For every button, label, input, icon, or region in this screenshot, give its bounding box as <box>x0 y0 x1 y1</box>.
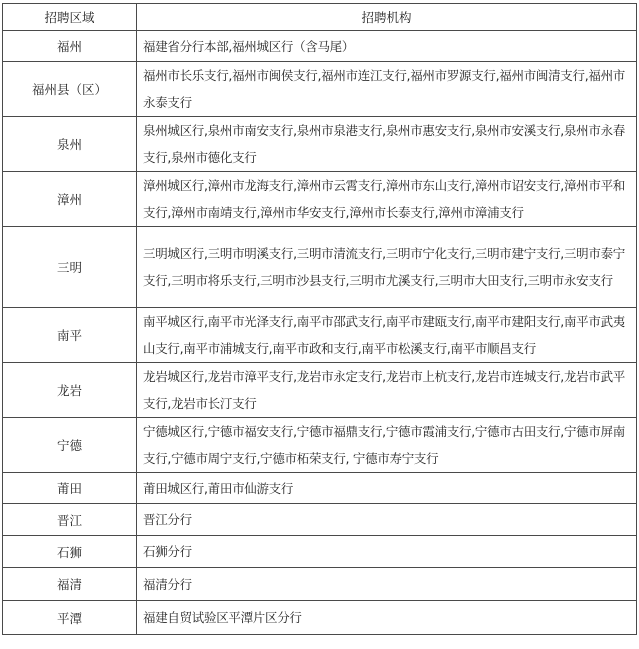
institutions-cell: 石狮分行 <box>137 536 637 568</box>
region-cell: 平潭 <box>3 601 137 635</box>
table-row: 莆田 莆田城区行,莆田市仙游支行 <box>3 473 637 504</box>
region-cell: 晋江 <box>3 504 137 536</box>
institutions-cell: 漳州城区行,漳州市龙海支行,漳州市云霄支行,漳州市东山支行,漳州市诏安支行,漳州… <box>137 172 637 227</box>
table-row: 福州 福建省分行本部,福州城区行（含马尾） <box>3 31 637 62</box>
region-cell: 福清 <box>3 568 137 601</box>
region-cell: 漳州 <box>3 172 137 227</box>
region-cell: 三明 <box>3 227 137 308</box>
institutions-cell: 福建自贸试验区平潭片区分行 <box>137 601 637 635</box>
table-row: 福州县（区） 福州市长乐支行,福州市闽侯支行,福州市连江支行,福州市罗源支行,福… <box>3 62 637 117</box>
institutions-cell: 福清分行 <box>137 568 637 601</box>
region-cell: 龙岩 <box>3 363 137 418</box>
table-row: 龙岩 龙岩城区行,龙岩市漳平支行,龙岩市永定支行,龙岩市上杭支行,龙岩市连城支行… <box>3 363 637 418</box>
table-row: 漳州 漳州城区行,漳州市龙海支行,漳州市云霄支行,漳州市东山支行,漳州市诏安支行… <box>3 172 637 227</box>
region-cell: 莆田 <box>3 473 137 504</box>
header-region: 招聘区域 <box>3 4 137 31</box>
region-cell: 宁德 <box>3 418 137 473</box>
institutions-cell: 三明城区行,三明市明溪支行,三明市清流支行,三明市宁化支行,三明市建宁支行,三明… <box>137 227 637 308</box>
header-row: 招聘区域 招聘机构 <box>3 4 637 31</box>
table-row: 福清 福清分行 <box>3 568 637 601</box>
table-row: 南平 南平城区行,南平市光泽支行,南平市邵武支行,南平市建瓯支行,南平市建阳支行… <box>3 308 637 363</box>
institutions-cell: 福建省分行本部,福州城区行（含马尾） <box>137 31 637 62</box>
region-cell: 福州县（区） <box>3 62 137 117</box>
institutions-cell: 龙岩城区行,龙岩市漳平支行,龙岩市永定支行,龙岩市上杭支行,龙岩市连城支行,龙岩… <box>137 363 637 418</box>
institutions-cell: 南平城区行,南平市光泽支行,南平市邵武支行,南平市建瓯支行,南平市建阳支行,南平… <box>137 308 637 363</box>
institutions-cell: 晋江分行 <box>137 504 637 536</box>
region-cell: 南平 <box>3 308 137 363</box>
table-row: 平潭 福建自贸试验区平潭片区分行 <box>3 601 637 635</box>
table-row: 石狮 石狮分行 <box>3 536 637 568</box>
region-cell: 石狮 <box>3 536 137 568</box>
region-cell: 福州 <box>3 31 137 62</box>
table-row: 晋江 晋江分行 <box>3 504 637 536</box>
institutions-cell: 泉州城区行,泉州市南安支行,泉州市泉港支行,泉州市惠安支行,泉州市安溪支行,泉州… <box>137 117 637 172</box>
recruitment-table: 招聘区域 招聘机构 福州 福建省分行本部,福州城区行（含马尾） 福州县（区） 福… <box>2 3 637 635</box>
institutions-cell: 莆田城区行,莆田市仙游支行 <box>137 473 637 504</box>
institutions-cell: 福州市长乐支行,福州市闽侯支行,福州市连江支行,福州市罗源支行,福州市闽清支行,… <box>137 62 637 117</box>
table-row: 三明 三明城区行,三明市明溪支行,三明市清流支行,三明市宁化支行,三明市建宁支行… <box>3 227 637 308</box>
region-cell: 泉州 <box>3 117 137 172</box>
header-institutions: 招聘机构 <box>137 4 637 31</box>
table-row: 泉州 泉州城区行,泉州市南安支行,泉州市泉港支行,泉州市惠安支行,泉州市安溪支行… <box>3 117 637 172</box>
table-row: 宁德 宁德城区行,宁德市福安支行,宁德市福鼎支行,宁德市霞浦支行,宁德市古田支行… <box>3 418 637 473</box>
institutions-cell: 宁德城区行,宁德市福安支行,宁德市福鼎支行,宁德市霞浦支行,宁德市古田支行,宁德… <box>137 418 637 473</box>
